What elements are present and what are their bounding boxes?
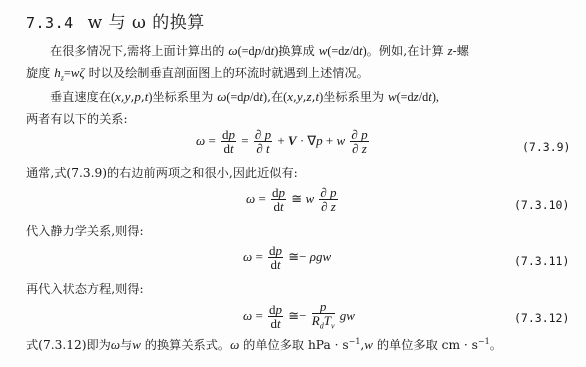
section-title: w 与 ω 的换算	[88, 13, 205, 33]
text: 。例如,在计算	[367, 44, 444, 58]
text: 旋度	[26, 66, 50, 80]
text: 时以及绘制垂直剖面图上的环流时就遇到上述情况。	[89, 66, 369, 80]
paragraph-line-1: 在很多情况下,需将上面计算出的 ω(=dp/dt)换算成 w(=dz/dt)。例…	[50, 42, 469, 59]
superscript: −1	[478, 337, 490, 346]
text: 坐标系里为	[323, 90, 384, 104]
equation-7-3-10: ω = dpdt ≅ w ∂ p∂ z	[246, 186, 340, 214]
paragraph-line-7: 再代入状态方程,则得:	[26, 280, 144, 297]
paragraph-line-3: 垂直速度在(x,y,p,t)坐标系里为 ω(=dp/dt),在(x,y,z,t)…	[50, 88, 439, 105]
paragraph-line-4: 两者有以下的关系:	[26, 110, 128, 127]
text: 式(7.3.12)即为	[26, 338, 111, 352]
text: 。	[490, 338, 502, 352]
text: 垂直速度在	[50, 90, 111, 104]
text: 在很多情况下,需将上面计算出的	[50, 44, 225, 58]
text: 的单位多取 cm · s	[377, 338, 478, 352]
paragraph-line-2: 旋度 hz=wζ 时以及绘制垂直剖面图上的环流时就遇到上述情况。	[26, 64, 369, 83]
equation-label: (7.3.12)	[514, 311, 569, 325]
equation-7-3-12: ω = dpdt ≅− pRdTv gw	[243, 300, 355, 334]
text: 坐标系里为	[152, 90, 213, 104]
equation-label: (7.3.9)	[522, 140, 570, 154]
equation-label: (7.3.10)	[514, 198, 569, 212]
text: -螺	[453, 44, 469, 58]
paragraph-line-5: 通常,式(7.3.9)的右边前两项之和很小,因此近似有:	[26, 164, 298, 181]
text: 的单位多取 hPa · s	[243, 338, 348, 352]
paragraph-line-8: 式(7.3.12)即为ω与w 的换算关系式。ω 的单位多取 hPa · s−1,…	[26, 336, 502, 353]
text: 的换算关系式。	[145, 338, 230, 352]
equation-7-3-9: ω = dpdt = ∂ p∂ t + V · ∇p + w ∂ p∂ z	[196, 128, 371, 156]
text: ,在	[267, 90, 283, 104]
section-number: 7.3.4	[26, 14, 74, 32]
section-heading: 7.3.4w 与 ω 的换算	[26, 8, 205, 33]
text: 换算成	[278, 44, 315, 58]
equation-7-3-11: ω = dpdt ≅− ρgw	[243, 244, 331, 272]
text: 与	[120, 338, 132, 352]
equation-label: (7.3.11)	[514, 254, 569, 268]
paragraph-line-6: 代入静力学关系,则得:	[26, 222, 144, 239]
superscript: −1	[349, 337, 361, 346]
